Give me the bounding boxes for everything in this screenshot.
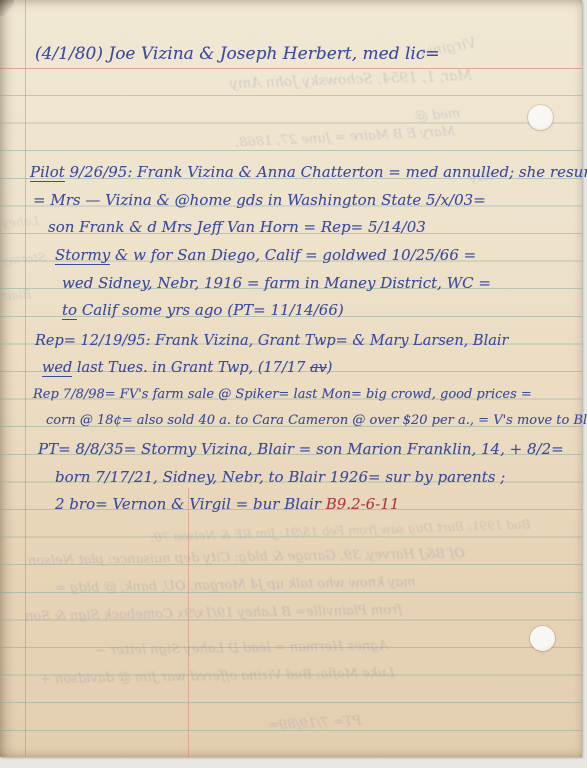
note-text: Rep= 12/19/95: Frank Vizina, Grant Twp= … xyxy=(35,333,508,349)
bleed-through-line: Mar, 1, 1954, Schowsky John Amy xyxy=(230,68,472,92)
note-text: born 7/17/21, Sidney, Nebr, to Blair 192… xyxy=(55,468,505,486)
hole-punch-top xyxy=(528,105,553,130)
note-line: to Calif some yrs ago (PT= 11/14/66) xyxy=(62,301,344,320)
note-line: wed last Tues. in Grant Twp, (17/17 av) xyxy=(42,359,332,377)
note-text: Pilot xyxy=(30,163,65,182)
header-note-line: (4/1/80) Joe Vizina & Joseph Herbert, me… xyxy=(35,44,440,65)
note-text: son Frank & d Mrs Jeff Van Horn = Rep= 5… xyxy=(48,218,426,236)
bleed-through-line: med @ xyxy=(415,106,461,124)
paper-sheet: VirginiaMar, 1, 1954, Schowsky John Amym… xyxy=(0,0,582,757)
note-line: Rep= 12/19/95: Frank Vizina, Grant Twp= … xyxy=(35,332,508,350)
corner-scuff xyxy=(0,0,14,16)
note-line: son Frank & d Mrs Jeff Van Horn = Rep= 5… xyxy=(48,218,426,237)
plot-reference-red: B9.2-6-11 xyxy=(326,495,400,513)
margin-line-left xyxy=(25,0,26,757)
note-line: Rep 7/8/98= FV's farm sale @ Spiker= las… xyxy=(33,387,532,403)
note-text: & w for San Diego, Calif = goldwed 10/25… xyxy=(110,246,476,264)
note-text: wed Sidney, Nebr, 1916 = farm in Maney D… xyxy=(62,274,491,292)
note-text: wed xyxy=(42,360,72,377)
hole-punch-bottom xyxy=(530,626,555,651)
scanned-notebook-page: { "ink": { "blue": "#3a4ba0", "red": "#b… xyxy=(0,0,587,768)
note-text: 9/26/95: Frank Vizina & Anna Chatterton … xyxy=(65,163,587,181)
note-text: Rep 7/8/98= FV's farm sale @ Spiker= las… xyxy=(33,387,532,402)
note-text: last Tues. in Grant Twp, (17/17 xyxy=(72,360,310,376)
note-line: Stormy & w for San Diego, Calif = goldwe… xyxy=(55,246,476,265)
bleed-through-line: Lahey xyxy=(2,214,40,231)
note-text: ) xyxy=(327,360,333,376)
note-line: Pilot 9/26/95: Frank Vizina & Anna Chatt… xyxy=(30,163,587,182)
note-text: Calif some yrs ago (PT= 11/14/66) xyxy=(77,301,344,319)
bleed-through-line: Blair xyxy=(2,287,32,303)
note-text: to xyxy=(62,301,77,320)
note-line: wed Sidney, Nebr, 1916 = farm in Maney D… xyxy=(62,274,491,293)
note-line: PT= 8/8/35= Stormy Vizina, Blair = son M… xyxy=(38,440,564,459)
note-text: Stormy xyxy=(55,246,110,265)
note-text: PT= 8/8/35= Stormy Vizina, Blair = son M… xyxy=(38,440,564,458)
note-line: 2 bro= Vernon & Virgil = bur Blair B9.2-… xyxy=(55,495,399,514)
note-text: corn @ 18¢= also sold 40 a. to Cara Came… xyxy=(46,413,587,428)
header-rule-red xyxy=(0,68,582,69)
scanner-background: VirginiaMar, 1, 1954, Schowsky John Amym… xyxy=(0,0,587,768)
note-text: av xyxy=(310,360,327,376)
note-line: corn @ 18¢= also sold 40 a. to Cara Came… xyxy=(46,413,587,429)
note-text: 2 bro= Vernon & Virgil = bur Blair xyxy=(55,495,326,513)
note-line: born 7/17/21, Sidney, Nebr, to Blair 192… xyxy=(55,468,505,487)
note-line: = Mrs — Vizina & @home gds in Washington… xyxy=(33,191,486,210)
note-text: = Mrs — Vizina & @home gds in Washington… xyxy=(33,191,486,209)
